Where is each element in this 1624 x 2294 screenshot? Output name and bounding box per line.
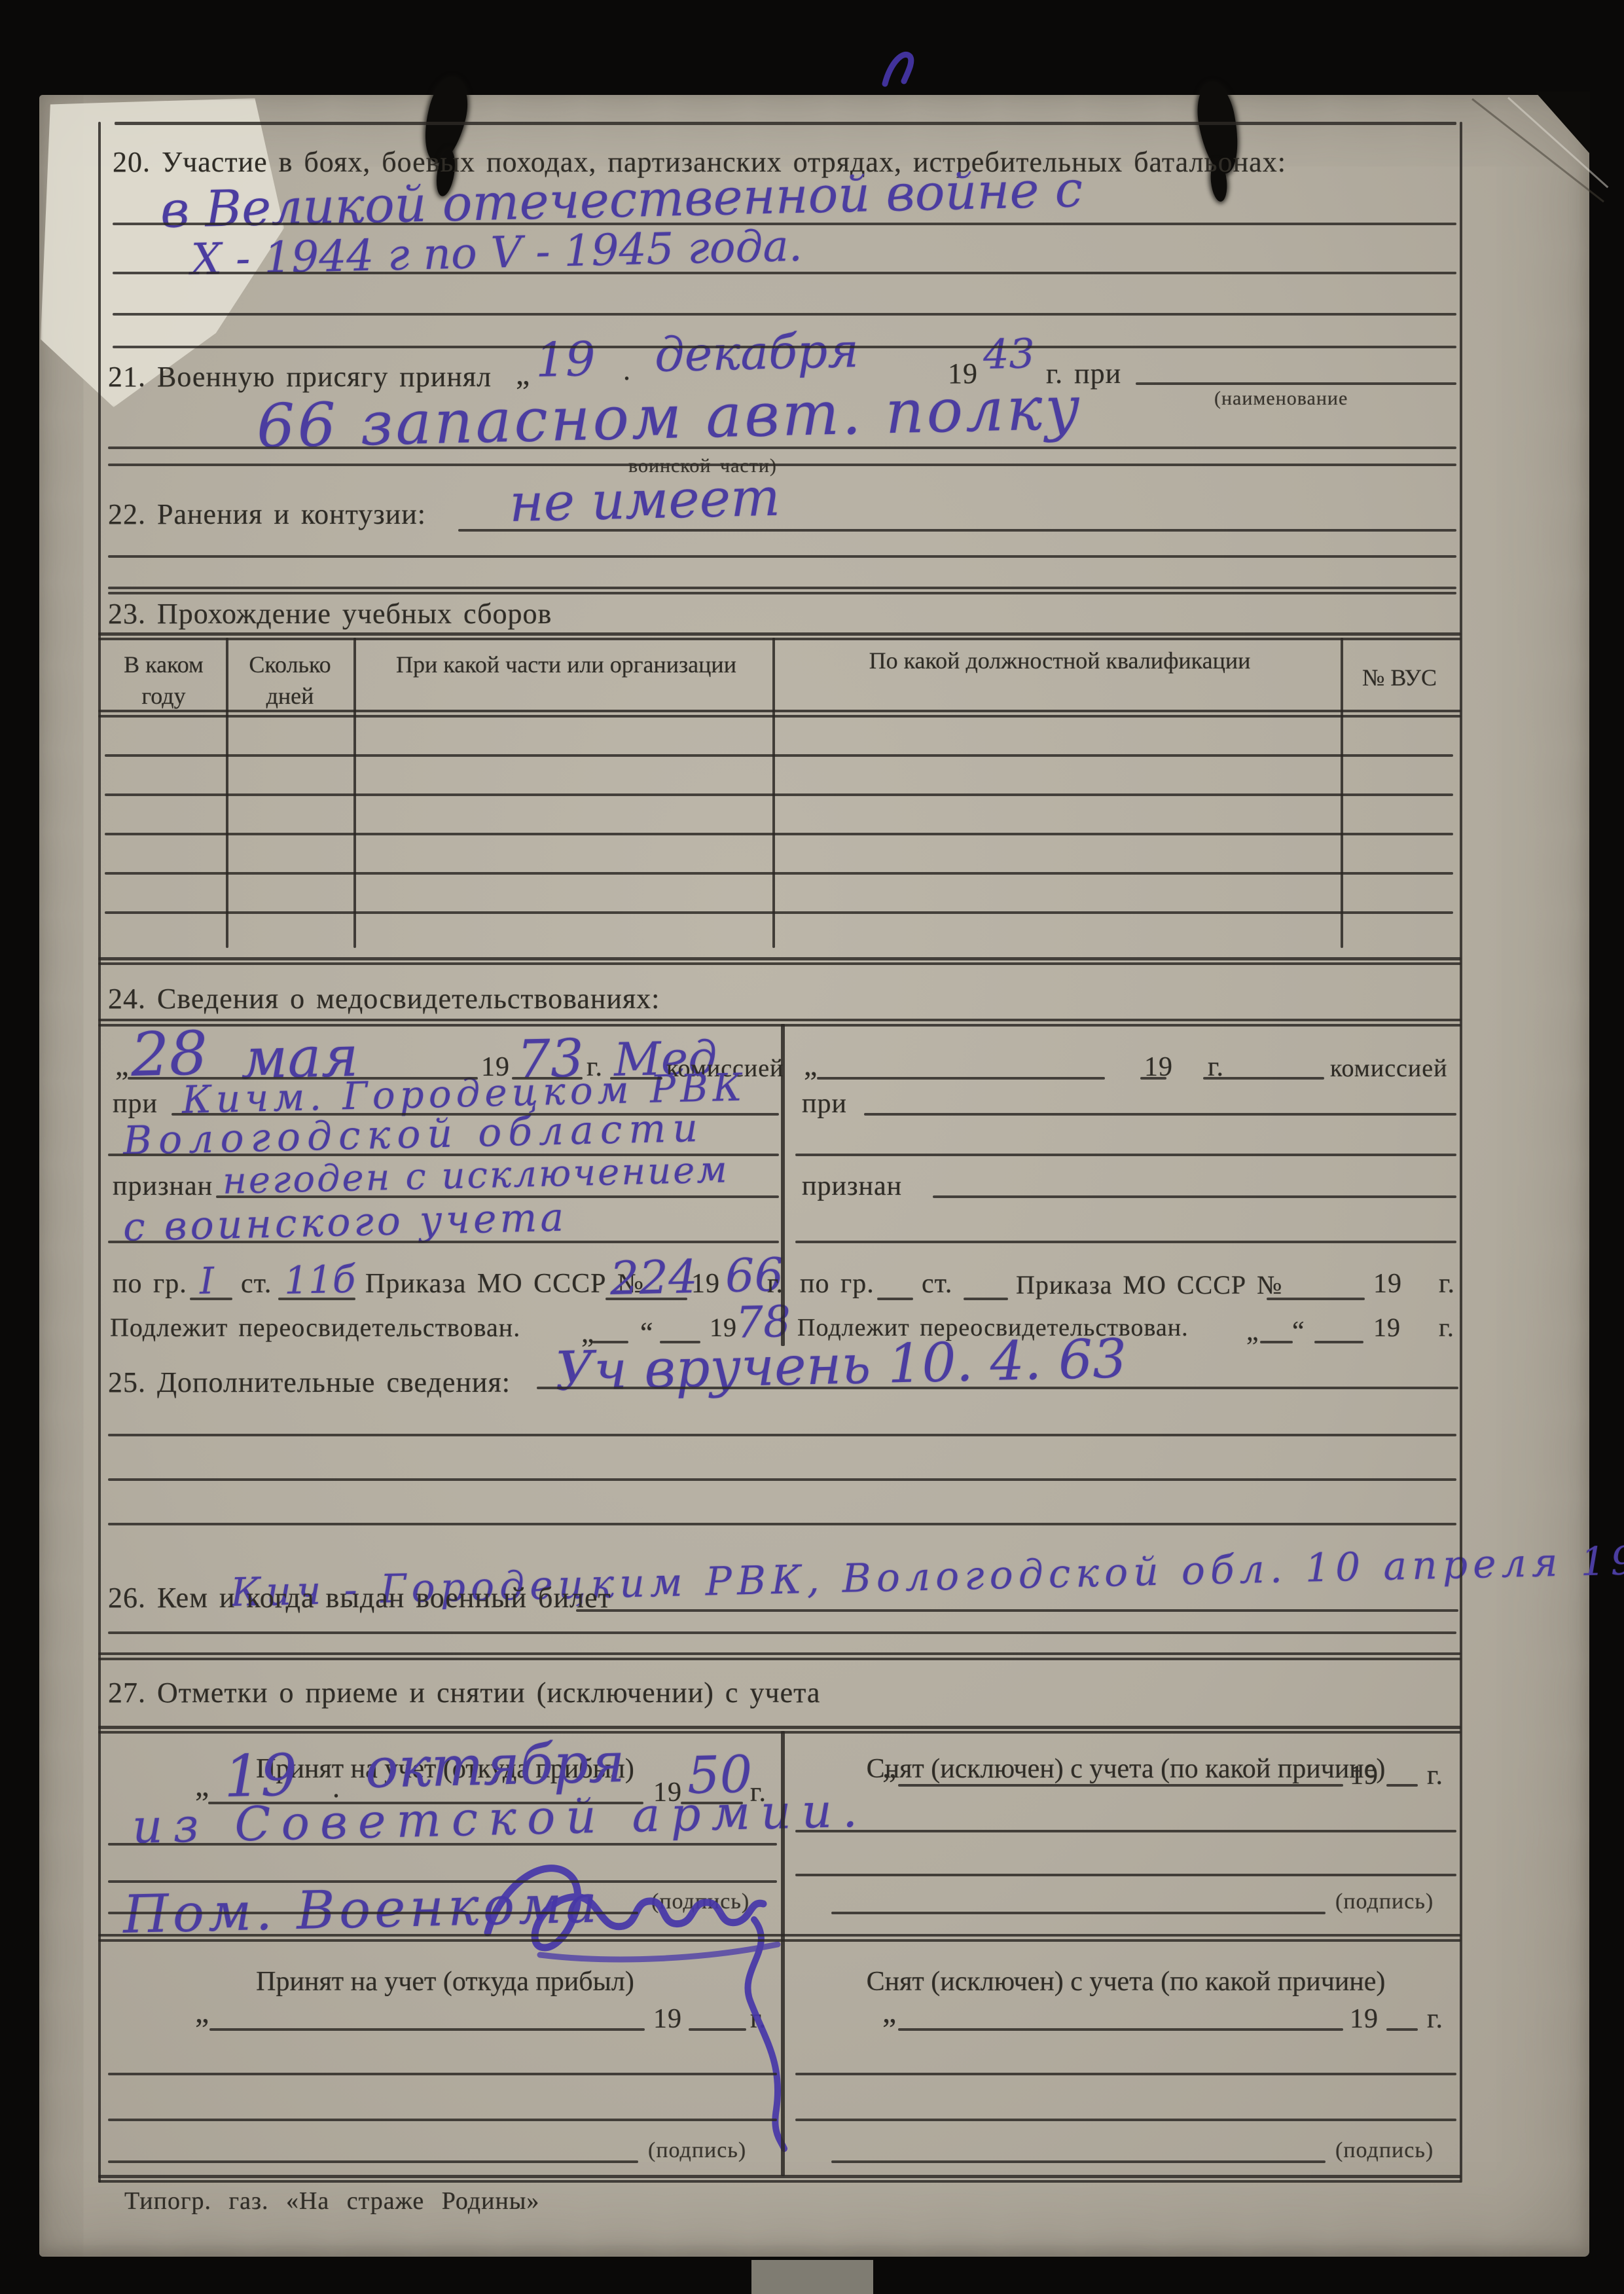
ruled-line xyxy=(877,1298,913,1300)
printed-podlezhit: Подлежит переосвидетельствован. xyxy=(110,1312,520,1343)
ruled-line xyxy=(105,793,1453,796)
ruled-line xyxy=(795,1874,1456,1876)
ruled-line xyxy=(1386,1784,1418,1787)
hw-additional-info: Уч вручень 10. 4. 63 xyxy=(554,1328,1127,1403)
col-header-days: Сколько дней xyxy=(230,649,350,712)
printed-st: ст. xyxy=(241,1268,272,1300)
hw-wounds: не имеет xyxy=(509,467,781,534)
ruled-line xyxy=(105,911,1453,914)
ruled-line xyxy=(115,122,1456,125)
ruled-line xyxy=(898,2028,1343,2031)
printed-19: 19 xyxy=(653,2003,682,2035)
printed-g: г. xyxy=(750,2003,767,2035)
ruled-line xyxy=(98,1024,1461,1027)
ruled-line xyxy=(98,1939,1461,1942)
quote-open: „ xyxy=(195,1994,209,2030)
border-line xyxy=(226,638,228,948)
ruled-line xyxy=(171,1113,779,1116)
ruled-line xyxy=(831,1912,1326,1914)
ruled-line xyxy=(795,2119,1456,2121)
ruled-line xyxy=(831,2160,1326,2163)
ruled-line xyxy=(98,1652,1461,1655)
printed-19: 19 xyxy=(1373,1312,1401,1343)
section27-label: 27. Отметки о приеме и снятии (исключени… xyxy=(108,1676,820,1709)
ruled-line xyxy=(795,2073,1456,2075)
ruled-line xyxy=(105,872,1453,875)
podpis-caption: (подпись) xyxy=(1335,2138,1434,2163)
registered-header-2: Принят на учет (откуда прибыл) xyxy=(115,1964,776,2000)
ruled-line xyxy=(537,1387,1458,1389)
ruled-line xyxy=(98,638,1461,640)
col-header-vus: № ВУС xyxy=(1343,663,1456,694)
ruled-line xyxy=(209,2028,645,2031)
hw-oath-year: 43 xyxy=(983,329,1036,378)
ruled-line xyxy=(108,2073,777,2075)
quote-open: „ xyxy=(115,1047,129,1082)
ruled-line xyxy=(113,272,1456,274)
bottom-tab xyxy=(751,2260,873,2294)
ruled-line xyxy=(98,1019,1461,1021)
caption-naimenovanie: (наименование xyxy=(1214,388,1348,410)
printed-19: 19 xyxy=(1350,1760,1379,1791)
ruled-line xyxy=(864,1113,1456,1116)
printed-pri: при xyxy=(802,1088,847,1120)
ruled-line xyxy=(1267,1298,1365,1300)
ruled-line xyxy=(681,1802,743,1804)
ruled-line xyxy=(113,313,1456,316)
ruled-line xyxy=(108,464,1456,466)
printed-priznan: признан xyxy=(802,1171,902,1202)
ruled-line xyxy=(898,1784,1343,1787)
ruled-line xyxy=(689,2028,746,2031)
printed-g: г. xyxy=(1427,1760,1443,1791)
quote-open: „ xyxy=(882,1749,897,1785)
ruled-line xyxy=(108,1241,779,1243)
printed-st: ст. xyxy=(922,1268,952,1300)
ruled-line xyxy=(660,1341,700,1343)
ruled-line xyxy=(795,1154,1456,1156)
hw-oath-day: 19 xyxy=(535,331,596,388)
ruled-line xyxy=(105,833,1453,835)
printed-prikaz: Приказа МО СССР № xyxy=(365,1268,644,1300)
top-ink-tick xyxy=(885,54,911,84)
hw-oath-month: декабря xyxy=(654,323,859,382)
ruled-line xyxy=(795,1241,1456,1243)
ruled-line xyxy=(98,710,1461,712)
ruled-line xyxy=(98,1731,1461,1734)
section22-label: 22. Ранения и контузии: xyxy=(108,498,426,531)
ruled-line xyxy=(113,346,1456,348)
ruled-line xyxy=(108,555,1456,558)
ruled-line xyxy=(795,1830,1456,1832)
ruled-line xyxy=(216,1195,779,1198)
border-line xyxy=(781,1731,785,2176)
ruled-line xyxy=(108,592,1456,594)
printed-g: г. xyxy=(1439,1268,1455,1300)
podpis-caption: (подпись) xyxy=(1335,1889,1434,1914)
ruled-line xyxy=(113,223,1456,225)
ruled-line xyxy=(108,446,1456,449)
ruled-line xyxy=(190,1298,232,1300)
ruled-line xyxy=(98,632,1461,636)
printed-g: г. xyxy=(1439,1312,1454,1343)
ruled-line xyxy=(98,2180,1461,2183)
printed-po-gr: по гр. xyxy=(113,1268,187,1300)
separator-dot: . xyxy=(623,354,631,387)
quote-open: „ xyxy=(804,1047,818,1082)
printed-19: 19 xyxy=(1350,2003,1379,2035)
ruled-line xyxy=(98,715,1461,718)
ruled-line xyxy=(1314,1341,1363,1343)
ruled-line xyxy=(592,1341,628,1343)
ruled-line xyxy=(108,2119,777,2121)
ruled-line xyxy=(964,1298,1008,1300)
ruled-line xyxy=(108,1434,1456,1436)
ruled-line xyxy=(458,529,1456,532)
section25-label: 25. Дополнительные сведения: xyxy=(108,1366,511,1399)
ruled-line xyxy=(576,1609,1458,1612)
ruled-line xyxy=(1260,1341,1293,1343)
col-header-qualification: По какой должностной квалификации xyxy=(789,646,1331,677)
ruled-line xyxy=(108,2160,638,2163)
scanned-military-id-page: 20. Участие в боях, боевых походах, парт… xyxy=(0,0,1624,2294)
print-shop-footer: Типогр. газ. «На страже Родины» xyxy=(124,2187,539,2215)
printed-19: 19 xyxy=(1373,1268,1402,1300)
printed-priznan: признан xyxy=(113,1171,213,1202)
printed-pri: при xyxy=(113,1088,158,1120)
ruled-line xyxy=(1136,382,1456,385)
section23-label: 23. Прохождение учебных сборов xyxy=(108,597,552,630)
col-header-year: В каком году xyxy=(106,649,221,712)
ruled-line xyxy=(108,587,1456,589)
ruled-line xyxy=(817,1077,1105,1080)
ruled-line xyxy=(98,1658,1461,1660)
ruled-line xyxy=(512,1077,583,1080)
ruled-line xyxy=(105,754,1453,757)
col-header-unit: При какой части или организации xyxy=(370,649,763,681)
ruled-line xyxy=(98,2175,1461,2178)
printed-g: г. xyxy=(1427,2003,1443,2035)
printed-19: 19 xyxy=(691,1268,720,1300)
ruled-line xyxy=(605,1298,687,1300)
hw-group: I xyxy=(199,1260,215,1303)
printed-prikaz: Приказа МО СССР № xyxy=(1016,1269,1282,1300)
ruled-line xyxy=(610,1077,662,1080)
ruled-line xyxy=(108,1843,777,1846)
quote-open: „ xyxy=(1246,1316,1259,1347)
ruled-line xyxy=(108,1912,638,1914)
section24-label: 24. Сведения о медосвидетельствованиях: xyxy=(108,982,660,1015)
ruled-line xyxy=(108,1523,1456,1525)
ruled-line xyxy=(108,1631,1456,1634)
podpis-caption: (подпись) xyxy=(648,2138,746,2163)
border-line xyxy=(1341,638,1343,948)
ruled-line xyxy=(108,1880,777,1883)
ruled-line xyxy=(128,1077,478,1080)
printed-komissiey: комиссией xyxy=(1330,1054,1447,1083)
hw-article: 11б xyxy=(283,1257,356,1303)
podpis-caption: (подпись) xyxy=(651,1889,749,1914)
ruled-line xyxy=(108,1478,1456,1481)
ruled-line xyxy=(108,1154,779,1156)
ruled-line xyxy=(208,1802,643,1804)
border-line xyxy=(353,638,356,948)
ruled-line xyxy=(98,962,1461,965)
border-line xyxy=(781,1024,785,1346)
quote-open: „ xyxy=(882,1994,897,2030)
border-line xyxy=(98,122,101,2183)
ruled-line xyxy=(1203,1077,1324,1080)
ruled-line xyxy=(1386,2028,1418,2031)
ruled-line xyxy=(278,1298,355,1300)
ruled-line xyxy=(98,1726,1461,1729)
ruled-line xyxy=(933,1195,1456,1198)
ruled-line xyxy=(98,1934,1461,1937)
ruled-line xyxy=(1140,1077,1166,1080)
border-line xyxy=(772,638,775,948)
printed-po-gr: по гр. xyxy=(800,1268,875,1300)
ruled-line xyxy=(98,957,1461,960)
border-line xyxy=(1460,122,1462,2183)
quote-close: “ xyxy=(1292,1316,1305,1347)
section26-label: 26. Кем и когда выдан военный билет xyxy=(108,1581,611,1614)
